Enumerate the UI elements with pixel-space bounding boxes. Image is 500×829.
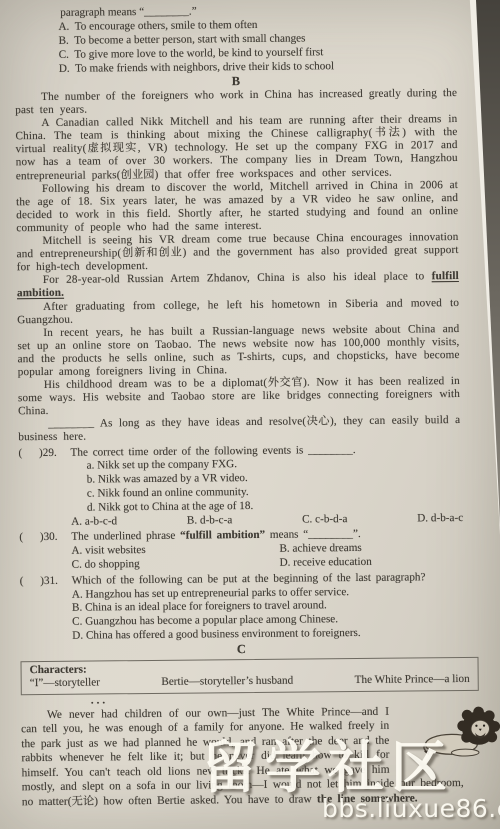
paragraph-text: For 28-year-old Russian Artem Zhdanov, C… (43, 271, 432, 287)
option-b: B. d-b-c-a (187, 514, 232, 528)
option-a: A. a-b-c-d (71, 515, 117, 529)
question-29: ( )29. The correct time order of the fol… (18, 443, 461, 530)
characters-line: “I”—storyteller Bertie—storyteller’s hus… (30, 673, 470, 691)
passage-paragraph-with-blank: ________ As long as they have ideas and … (18, 414, 460, 444)
page-content: paragraph means “________.” A. To encour… (0, 0, 500, 809)
answer-blank-parens: ( )29. (18, 446, 70, 460)
character-bertie: Bertie—storyteller’s husband (161, 675, 293, 690)
answer-blank-parens: ( )30. (19, 531, 71, 545)
option-d: D. d-b-a-c (417, 511, 463, 525)
passage-paragraph: Mitchell is seeing his VR dream come tru… (16, 231, 458, 275)
quoted-phrase: “fulfill ambition” (180, 529, 265, 542)
option-c: C. c-b-d-a (302, 513, 347, 527)
question-30-options: A. visit websites B. achieve dreams C. d… (71, 541, 461, 572)
stem-text: The underlined phrase (71, 530, 180, 543)
top-partial-question: paragraph means “________.” A. To encour… (14, 2, 457, 76)
lion-illustration (393, 701, 478, 762)
question-31: ( )31. Which of the following can be put… (20, 571, 463, 644)
character-white-prince: The White Prince—a lion (355, 673, 470, 688)
answer-blank-parens: ( )31. (20, 574, 72, 588)
option-c: C. do shopping (72, 557, 280, 573)
passage-paragraph: In recent years, he has built a Russian-… (17, 323, 459, 380)
question-30: ( )30. The underlined phrase “fulfill am… (19, 527, 461, 573)
passage-paragraph: A Canadian called Nikk Mitchell and his … (15, 113, 458, 183)
story-paragraph: We never had children of our own—just Th… (21, 703, 464, 809)
passage-paragraph: His childhood dream was to be a diplomat… (18, 375, 460, 419)
page-content-tilt: paragraph means “________.” A. To encour… (0, 0, 500, 809)
stem-text: means “________”. (265, 528, 361, 541)
exam-page-photo: paragraph means “________.” A. To encour… (0, 0, 500, 829)
option-d: D. receive education (280, 555, 462, 571)
character-storyteller: “I”—storyteller (30, 677, 100, 691)
passage-paragraph: Following his dream to discover the worl… (16, 179, 458, 236)
story-bold-ending: the line somewhere. (317, 792, 418, 805)
characters-box: Characters: “I”—storyteller Bertie—story… (20, 657, 478, 695)
